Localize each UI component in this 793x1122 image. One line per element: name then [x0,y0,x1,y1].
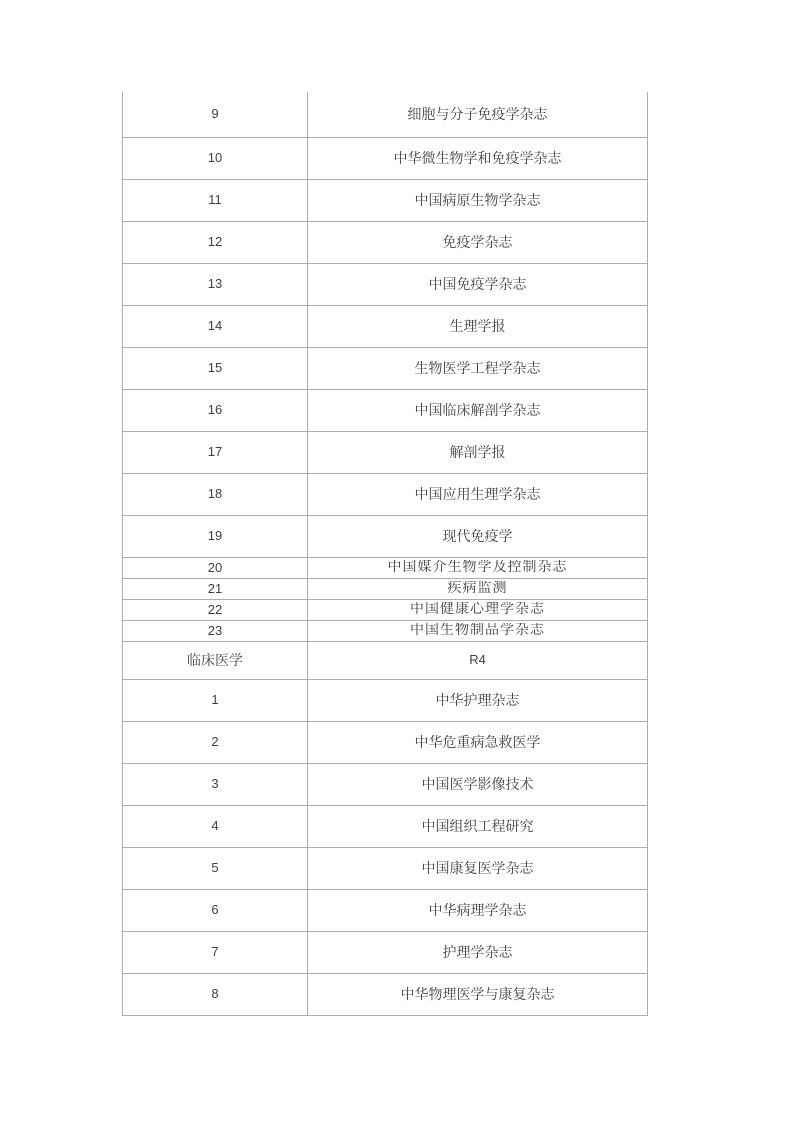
row-number-cell: 19 [123,516,308,557]
table-row: 8 中华物理医学与康复杂志 [123,974,647,1016]
table-row: 3 中国医学影像技术 [123,764,647,806]
journal-name-cell: 中国媒介生物学及控制杂志 [308,560,647,576]
row-number-cell: 20 [123,558,308,578]
table-row: 6 中华病理学杂志 [123,890,647,932]
journal-name-cell: 中华护理杂志 [308,692,647,708]
table-row: 2 中华危重病急救医学 [123,722,647,764]
table-row: 21 疾病监测 [123,579,647,600]
row-number-cell: 13 [123,264,308,305]
row-number-cell: 16 [123,390,308,431]
table-row: 10 中华微生物学和免疫学杂志 [123,138,647,180]
journal-name-cell: 生物医学工程学杂志 [308,360,647,376]
row-number-cell: 18 [123,474,308,515]
row-number-cell: 14 [123,306,308,347]
row-number-cell: 23 [123,621,308,641]
table-row: 11 中国病原生物学杂志 [123,180,647,222]
journal-name-cell: 中国康复医学杂志 [308,860,647,876]
table-row: 1 中华护理杂志 [123,680,647,722]
row-number-cell: 5 [123,848,308,889]
table-row: 19 现代免疫学 [123,516,647,558]
table-row: 14 生理学报 [123,306,647,348]
journal-name-cell: 免疫学杂志 [308,234,647,250]
row-number-cell: 11 [123,180,308,221]
journal-name-cell: 中国组织工程研究 [308,818,647,834]
row-number-cell: 10 [123,138,308,179]
journal-name-cell: 护理学杂志 [308,944,647,960]
journal-name-cell: 细胞与分子免疫学杂志 [308,106,647,122]
journal-name-cell: 中国免疫学杂志 [308,276,647,292]
journal-name-cell: 中国生物制品学杂志 [308,623,647,639]
table-row: 22 中国健康心理学杂志 [123,600,647,621]
journal-name-cell: 中华病理学杂志 [308,902,647,918]
table-row: 7 护理学杂志 [123,932,647,974]
journal-name-cell: 中国医学影像技术 [308,776,647,792]
table-row: 5 中国康复医学杂志 [123,848,647,890]
table-row: 23 中国生物制品学杂志 [123,621,647,642]
row-number-cell: 4 [123,806,308,847]
journal-name-cell: 现代免疫学 [308,528,647,544]
table-row: 9 细胞与分子免疫学杂志 [123,92,647,138]
row-number-cell: 15 [123,348,308,389]
document-page: 9 细胞与分子免疫学杂志 10 中华微生物学和免疫学杂志 11 中国病原生物学杂… [0,0,793,1122]
table-row: 16 中国临床解剖学杂志 [123,390,647,432]
row-number-cell: 8 [123,974,308,1015]
table-row: 临床医学 R4 [123,642,647,680]
row-number-cell: 3 [123,764,308,805]
journal-name-cell: 生理学报 [308,318,647,334]
row-number-cell: 2 [123,722,308,763]
journal-name-cell: 疾病监测 [308,581,647,597]
row-number-cell: 1 [123,680,308,721]
table-row: 17 解剖学报 [123,432,647,474]
row-number-cell: 9 [123,92,308,137]
journal-name-cell: 中华物理医学与康复杂志 [308,986,647,1002]
row-number-cell: 17 [123,432,308,473]
journal-name-cell: 解剖学报 [308,444,647,460]
row-number-cell: 临床医学 [123,642,308,679]
journal-name-cell: 中国临床解剖学杂志 [308,402,647,418]
journal-name-cell: R4 [308,653,647,668]
journal-name-cell: 中国健康心理学杂志 [308,602,647,618]
row-number-cell: 21 [123,579,308,599]
table-row: 15 生物医学工程学杂志 [123,348,647,390]
journal-name-cell: 中华危重病急救医学 [308,734,647,750]
table-row: 13 中国免疫学杂志 [123,264,647,306]
journal-table: 9 细胞与分子免疫学杂志 10 中华微生物学和免疫学杂志 11 中国病原生物学杂… [122,92,648,1016]
journal-name-cell: 中华微生物学和免疫学杂志 [308,150,647,166]
table-row: 18 中国应用生理学杂志 [123,474,647,516]
journal-name-cell: 中国病原生物学杂志 [308,192,647,208]
row-number-cell: 6 [123,890,308,931]
row-number-cell: 7 [123,932,308,973]
table-row: 20 中国媒介生物学及控制杂志 [123,558,647,579]
row-number-cell: 22 [123,600,308,620]
journal-name-cell: 中国应用生理学杂志 [308,486,647,502]
table-row: 12 免疫学杂志 [123,222,647,264]
table-row: 4 中国组织工程研究 [123,806,647,848]
row-number-cell: 12 [123,222,308,263]
